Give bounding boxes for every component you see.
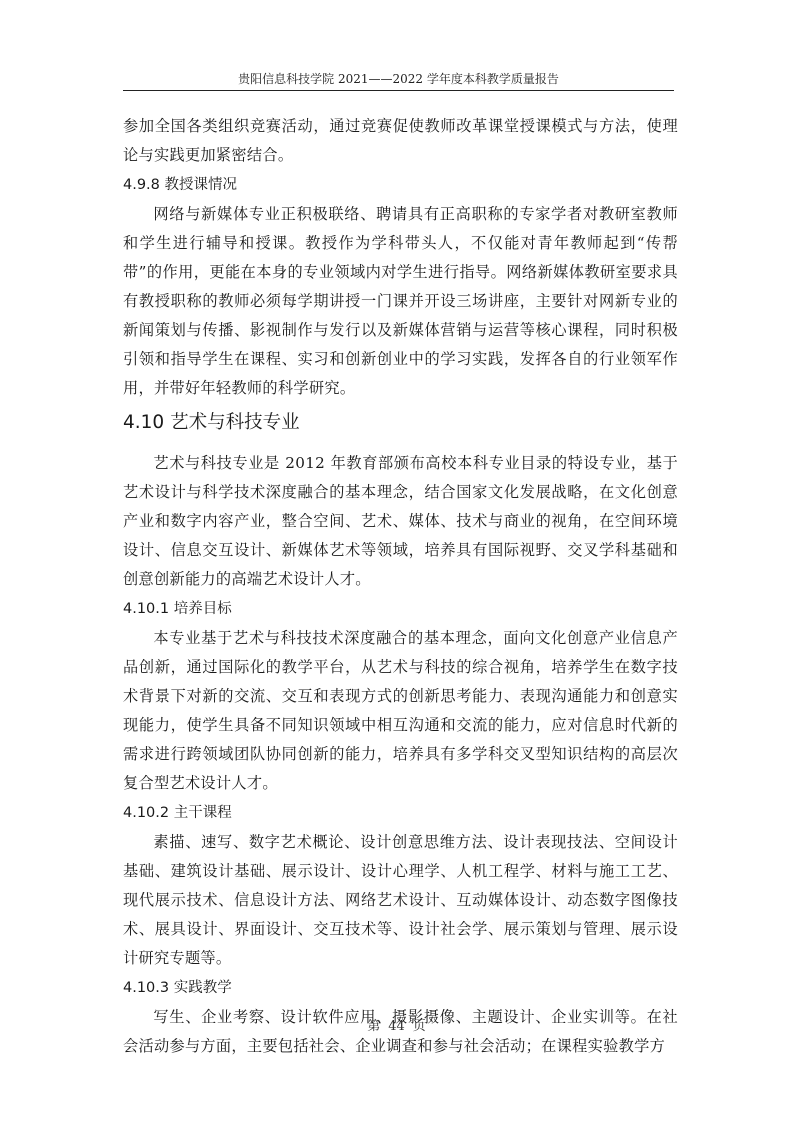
heading-4-10: 4.10 艺术与科技专业 [123,405,678,441]
heading-4-10-3: 4.10.3 实践教学 [123,973,678,1003]
paragraph-4-10: 艺术与科技专业是 2012 年教育部颁布高校本科专业目录的特设专业，基于艺术设计… [123,449,678,594]
paragraph-4-9-8: 网络与新媒体专业正积极联络、聘请具有正高职称的专家学者对教研室教师和学生进行辅导… [123,200,678,403]
running-header: 贵阳信息科技学院 2021——2022 学年度本科教学质量报告 [123,70,674,87]
header-divider [123,90,674,91]
page-suffix: 页 [413,1019,426,1034]
heading-4-10-1: 4.10.1 培养目标 [123,594,678,624]
page-body: 参加全国各类组织竞赛活动，通过竞赛促使教师改革课堂授课模式与方法，使理论与实践更… [123,112,678,1061]
paragraph-4-10-1: 本专业基于艺术与科技技术深度融合的基本理念，面向文化创意产业信息产品创新，通过国… [123,624,678,798]
page-prefix: 第 [367,1019,380,1034]
continued-paragraph: 参加全国各类组织竞赛活动，通过竞赛促使教师改革课堂授课模式与方法，使理论与实践更… [123,112,678,170]
page-footer: 第44页 [0,1015,793,1034]
page-number: 44 [388,1019,405,1034]
heading-4-9-8: 4.9.8 教授课情况 [123,170,678,200]
heading-4-10-2: 4.10.2 主干课程 [123,798,678,828]
paragraph-4-10-2: 素描、速写、数字艺术概论、设计创意思维方法、设计表现技法、空间设计基础、建筑设计… [123,828,678,973]
